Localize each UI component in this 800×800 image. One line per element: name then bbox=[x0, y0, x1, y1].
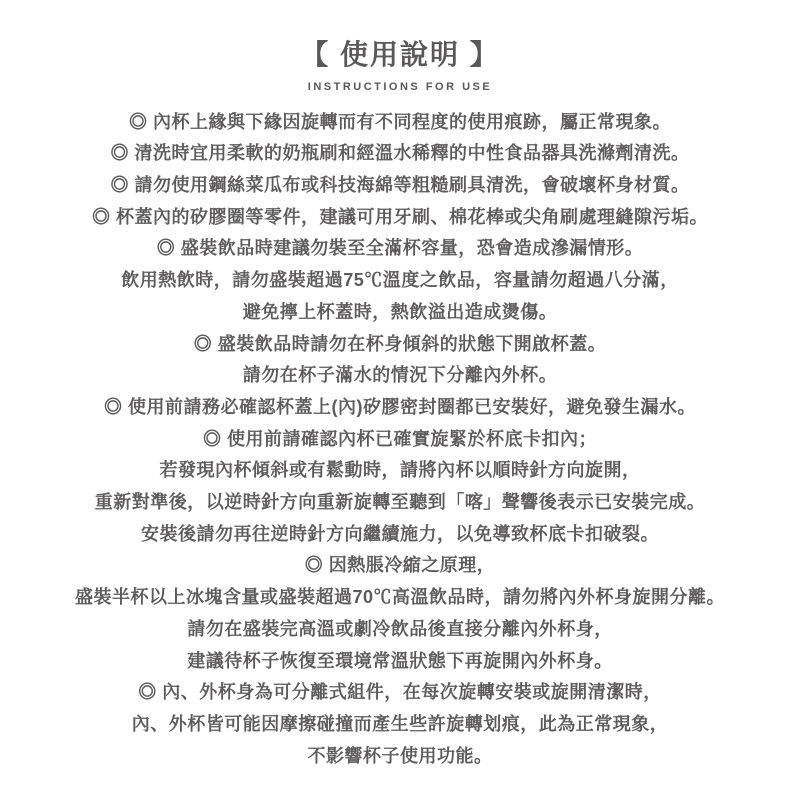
instruction-line: ◎ 清洗時宜用柔軟的奶瓶刷和經溫水稀釋的中性食品器具洗滌劑清洗。 bbox=[0, 138, 800, 170]
instruction-line: ◎ 內、外杯身為可分離式組件，在每次旋轉安裝或旋開清潔時， bbox=[0, 677, 800, 709]
instruction-line: 避免擰上杯蓋時，熱飲溢出造成燙傷。 bbox=[0, 297, 800, 329]
instruction-line: ◎ 盛裝飲品時建議勿裝至全滿杯容量，恐會造成滲漏情形。 bbox=[0, 233, 800, 265]
instructions-body: ◎ 內杯上緣與下緣因旋轉而有不同程度的使用痕跡，屬正常現象。 ◎ 清洗時宜用柔軟… bbox=[0, 107, 800, 773]
instruction-line: 建議待杯子恢復至環境常溫狀態下再旋開內外杯身。 bbox=[0, 646, 800, 678]
instruction-line: 飲用熱飲時，請勿盛裝超過75℃溫度之飲品，容量請勿超過八分滿， bbox=[0, 265, 800, 297]
instruction-line: 不影響杯子使用功能。 bbox=[0, 741, 800, 773]
instruction-line: ◎ 請勿使用鋼絲菜瓜布或科技海綿等粗糙刷具清洗，會破壞杯身材質。 bbox=[0, 170, 800, 202]
instruction-line: ◎ 使用前請確認內杯已確實旋緊於杯底卡扣內； bbox=[0, 424, 800, 456]
instruction-line: 內、外杯皆可能因摩擦碰撞而產生些許旋轉划痕，此為正常現象， bbox=[0, 709, 800, 741]
instruction-line: 重新對準後，以逆時針方向重新旋轉至聽到「喀」聲響後表示已安裝完成。 bbox=[0, 487, 800, 519]
instruction-line: ◎ 杯蓋內的矽膠圈等零件，建議可用牙刷、棉花棒或尖角刷處理縫隙污垢。 bbox=[0, 202, 800, 234]
instruction-line: 盛裝半杯以上冰塊含量或盛裝超過70℃高溫飲品時，請勿將內外杯身旋開分離。 bbox=[0, 582, 800, 614]
instruction-line: ◎ 使用前請務必確認杯蓋上(內)矽膠密封圈都已安裝好，避免發生漏水。 bbox=[0, 392, 800, 424]
instruction-line: ◎ 因熱脹冷縮之原理， bbox=[0, 550, 800, 582]
instruction-line: ◎ 盛裝飲品時請勿在杯身傾斜的狀態下開啟杯蓋。 bbox=[0, 329, 800, 361]
instructions-page: 【 使用說明 】 INSTRUCTIONS FOR USE ◎ 內杯上緣與下緣因… bbox=[0, 0, 800, 800]
instruction-line: 若發現內杯傾斜或有鬆動時，請將內杯以順時針方向旋開， bbox=[0, 455, 800, 487]
page-title: 【 使用說明 】 bbox=[0, 38, 800, 72]
page-header: 【 使用說明 】 INSTRUCTIONS FOR USE bbox=[0, 0, 800, 93]
instruction-line: 請勿在盛裝完高溫或劇冷飲品後直接分離內外杯身， bbox=[0, 614, 800, 646]
page-subtitle: INSTRUCTIONS FOR USE bbox=[0, 81, 800, 93]
instruction-line: 安裝後請勿再往逆時針方向繼續施力，以免導致杯底卡扣破裂。 bbox=[0, 519, 800, 551]
instruction-line: ◎ 內杯上緣與下緣因旋轉而有不同程度的使用痕跡，屬正常現象。 bbox=[0, 107, 800, 139]
instruction-line: 請勿在杯子滿水的情況下分離內外杯。 bbox=[0, 360, 800, 392]
